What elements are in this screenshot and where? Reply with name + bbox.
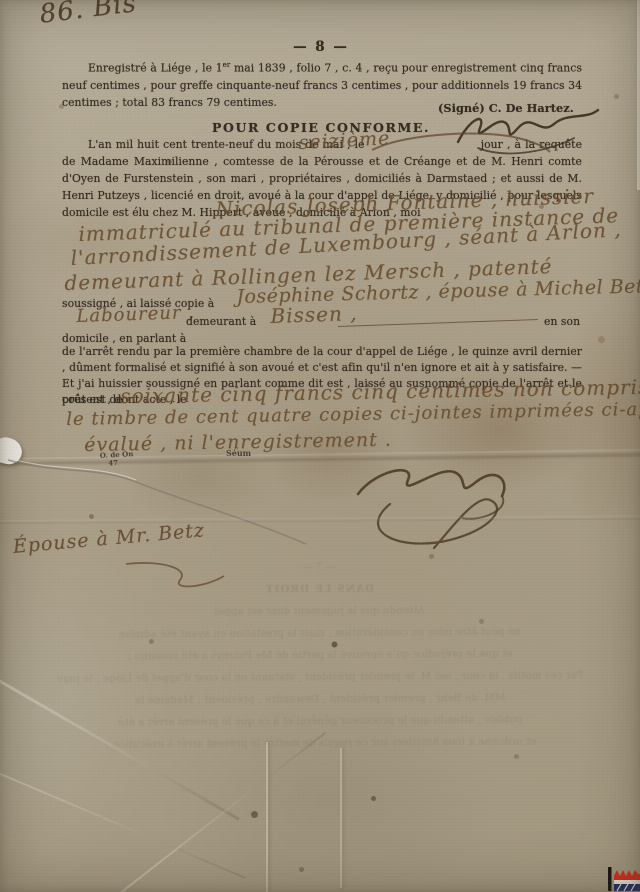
flag-watermark-icon bbox=[607, 867, 640, 891]
day-flourish bbox=[368, 128, 553, 160]
speckles bbox=[0, 0, 3, 3]
registration-lead: Enregistré à Liége , le 1 bbox=[88, 62, 223, 75]
bleedthrough-text: — 7 — DANS LE DROIT Attendu que le jugem… bbox=[54, 554, 585, 756]
cost-label: coût est de bbox=[62, 391, 123, 408]
page-number: — 8 — bbox=[62, 39, 580, 56]
print-fragment-left: O. de On 47 bbox=[100, 450, 134, 467]
ref-number: 86. Bis bbox=[38, 0, 138, 30]
flag-pole bbox=[608, 867, 612, 891]
service-line-2: demeurant à bbox=[186, 313, 256, 330]
flag-red-stripe bbox=[614, 870, 640, 880]
service-en-son: en son bbox=[544, 313, 580, 330]
crease-diagonal-3 bbox=[120, 732, 326, 892]
blank-filler-line bbox=[338, 319, 538, 327]
occupation-handwriting: Laboureur , bbox=[76, 302, 195, 327]
place-handwriting: Bissen , bbox=[270, 301, 358, 328]
bleed-line: et ordonne à tous huissiers sur ce requi… bbox=[56, 730, 586, 756]
bailiff-grand-signature bbox=[330, 452, 545, 557]
crease-diagonal-2 bbox=[0, 760, 246, 879]
flag-white-stripe bbox=[614, 880, 640, 884]
print-fragment-center: Séum bbox=[226, 449, 251, 458]
document-scan: 86. Bis — 8 — Enregistré à Liége , le 1e… bbox=[0, 0, 640, 892]
crease-vertical-1 bbox=[266, 742, 268, 892]
crease-vertical-2 bbox=[340, 748, 342, 888]
